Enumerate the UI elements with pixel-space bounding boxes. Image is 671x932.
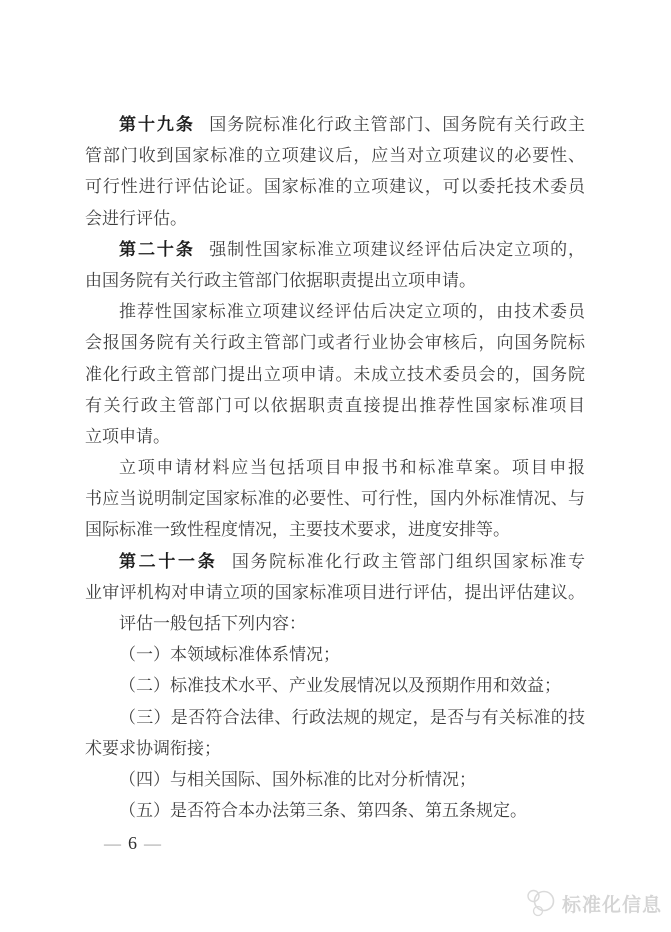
line-text: （三）是否符合法律、行政法规的规定，是否与有关标准的技 — [119, 708, 585, 727]
page-number-value: 6 — [128, 833, 137, 853]
line-text: （二）标准技术水平、产业发展情况以及预期作用和效益； — [119, 676, 561, 695]
line-text: 准化行政主管部门提出立项申请。未成立技术委员会的，国务院 — [85, 365, 585, 384]
line-text: （一）本领域标准体系情况； — [119, 645, 340, 664]
line-text: 会进行评估。 — [85, 209, 187, 228]
page-number: —6— — [104, 828, 161, 859]
line-text: 国际标准一致性程度情况，主要技术要求，进度安排等。 — [85, 520, 510, 539]
text-line: （五）是否符合本办法第三条、第四条、第五条规定。 — [85, 795, 585, 826]
line-text: 国务院标准化行政主管部门组织国家标准专 — [232, 552, 585, 571]
text-line: 国际标准一致性程度情况，主要技术要求，进度安排等。 — [85, 514, 585, 545]
line-text: 会报国务院有关行政主管部门或者行业协会审核后，向国务院标 — [85, 333, 585, 352]
document-content: 第十九条国务院标准化行政主管部门、国务院有关行政主管部门收到国家标准的立项建议后… — [85, 109, 585, 826]
line-text: 书应当说明制定国家标准的必要性、可行性，国内外标准情况、与 — [85, 489, 585, 508]
line-text: 术要求协调衔接； — [85, 739, 221, 758]
text-line: 会进行评估。 — [85, 203, 585, 234]
watermark-label: 标准化信息 — [562, 890, 662, 917]
text-line: 立项申请材料应当包括项目申报书和标准草案。项目申报 — [85, 452, 585, 483]
text-line: 书应当说明制定国家标准的必要性、可行性，国内外标准情况、与 — [85, 483, 585, 514]
line-text: 强制性国家标准立项建议经评估后决定立项的， — [209, 240, 585, 259]
article-number: 第二十条 — [119, 240, 195, 259]
text-line: 立项申请。 — [85, 421, 585, 452]
text-line: 评估一般包括下列内容： — [85, 608, 585, 639]
text-line: 准化行政主管部门提出立项申请。未成立技术委员会的，国务院 — [85, 359, 585, 390]
text-line: （二）标准技术水平、产业发展情况以及预期作用和效益； — [85, 670, 585, 701]
line-text: 国务院标准化行政主管部门、国务院有关行政主 — [209, 115, 585, 134]
text-line: 可行性进行评估论证。国家标准的立项建议，可以委托技术委员 — [85, 171, 585, 202]
text-line: （一）本领域标准体系情况； — [85, 639, 585, 670]
line-text: 推荐性国家标准立项建议经评估后决定立项的，由技术委员 — [119, 302, 585, 321]
text-line: 有关行政主管部门可以依据职责直接提出推荐性国家标准项目 — [85, 390, 585, 421]
line-text: （四）与相关国际、国外标准的比对分析情况； — [119, 770, 476, 789]
line-text: 立项申请材料应当包括项目申报书和标准草案。项目申报 — [119, 458, 585, 477]
line-text: （五）是否符合本办法第三条、第四条、第五条规定。 — [119, 801, 527, 820]
page-number-dash-right: — — [144, 834, 161, 853]
text-line: 第二十一条国务院标准化行政主管部门组织国家标准专 — [85, 546, 585, 577]
text-line: 管部门收到国家标准的立项建议后，应当对立项建议的必要性、 — [85, 140, 585, 171]
document-lines: 第十九条国务院标准化行政主管部门、国务院有关行政主管部门收到国家标准的立项建议后… — [85, 109, 585, 826]
text-line: 术要求协调衔接； — [85, 733, 585, 764]
line-text: 由国务院有关行政主管部门依据职责提出立项申请。 — [85, 271, 476, 290]
watermark: 标准化信息 — [525, 888, 662, 918]
line-text: 有关行政主管部门可以依据职责直接提出推荐性国家标准项目 — [85, 396, 585, 415]
text-line: （三）是否符合法律、行政法规的规定，是否与有关标准的技 — [85, 702, 585, 733]
line-text: 评估一般包括下列内容： — [119, 614, 306, 633]
line-text: 业审评机构对申请立项的国家标准项目进行评估，提出评估建议。 — [85, 583, 585, 602]
text-line: 会报国务院有关行政主管部门或者行业协会审核后，向国务院标 — [85, 327, 585, 358]
line-text: 立项申请。 — [85, 427, 170, 446]
text-line: 第十九条国务院标准化行政主管部门、国务院有关行政主 — [85, 109, 585, 140]
overlapping-circles-logo-icon — [525, 888, 557, 918]
text-line: 推荐性国家标准立项建议经评估后决定立项的，由技术委员 — [85, 296, 585, 327]
text-line: 业审评机构对申请立项的国家标准项目进行评估，提出评估建议。 — [85, 577, 585, 608]
line-text: 管部门收到国家标准的立项建议后，应当对立项建议的必要性、 — [85, 146, 585, 165]
text-line: 由国务院有关行政主管部门依据职责提出立项申请。 — [85, 265, 585, 296]
document-page: 第十九条国务院标准化行政主管部门、国务院有关行政主管部门收到国家标准的立项建议后… — [0, 0, 671, 932]
text-line: 第二十条强制性国家标准立项建议经评估后决定立项的， — [85, 234, 585, 265]
text-line: （四）与相关国际、国外标准的比对分析情况； — [85, 764, 585, 795]
article-number: 第十九条 — [119, 115, 195, 134]
article-number: 第二十一条 — [119, 552, 217, 571]
page-number-dash-left: — — [104, 834, 121, 853]
line-text: 可行性进行评估论证。国家标准的立项建议，可以委托技术委员 — [85, 177, 585, 196]
